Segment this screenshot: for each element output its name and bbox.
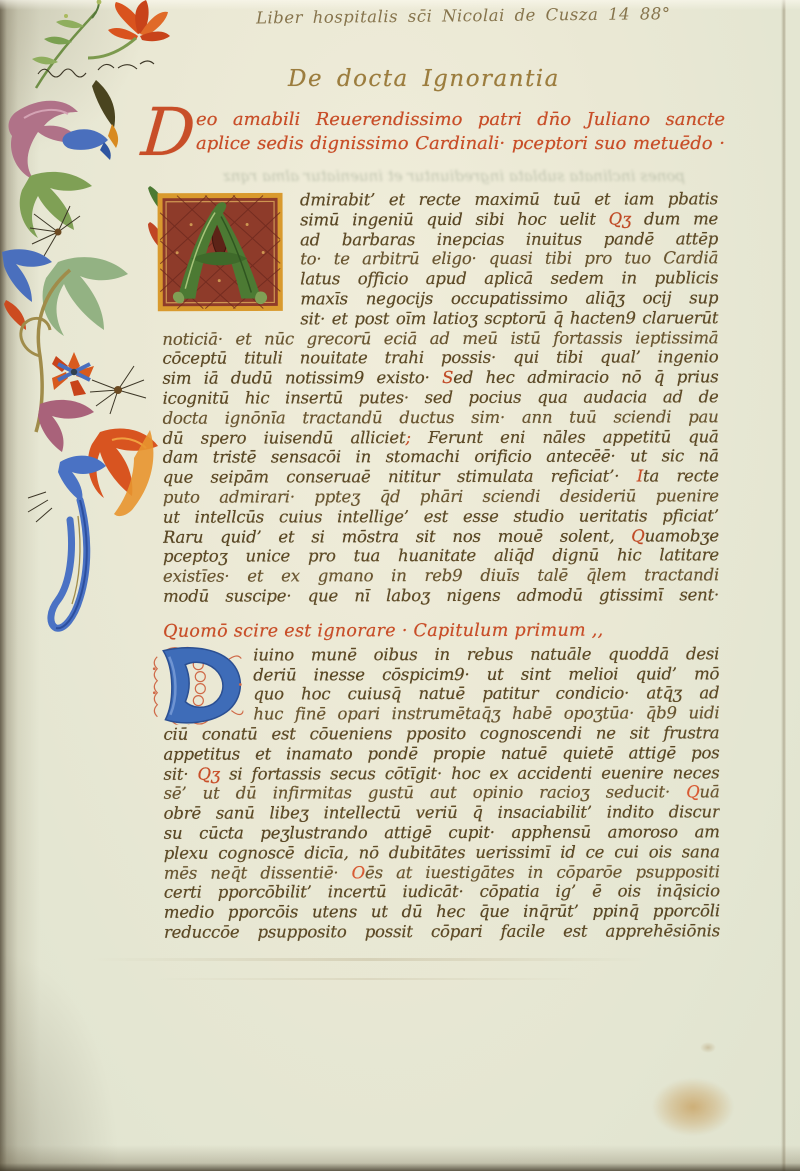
header-inscription: Liber hospitalis sc̄i Nicolai de Cusza 1… [256, 4, 726, 28]
text-segment: ēs at iuestigātes in cōparōe psuppositi [365, 862, 720, 882]
flower-orange-icon [88, 0, 170, 58]
text-segment: uā [699, 783, 719, 802]
text-segment: obrē sanū libeʒ intellectū veriū q̄ insa… [164, 802, 720, 822]
text-segment: Raru quid’ et si mōstra sit nos mouē sol… [163, 526, 631, 546]
text-line: reduccōe psupposito possit cōpari facile… [164, 921, 720, 942]
page-title: De docta Ignorantia [288, 66, 560, 92]
text-segment: ed hec admiracio nō q̄ prius [453, 367, 718, 387]
text-line: ut intellcūs cuius intellige’ est esse s… [163, 506, 719, 527]
illuminated-initial-A [156, 192, 284, 311]
illuminated-initial-D [151, 646, 243, 724]
text-segment: puto admirari· ppteʒ q̄d phāri sciendi d… [163, 486, 719, 506]
text-segment: uamobʒe [645, 526, 719, 545]
text-segment: maxīs negocijs occupatissimo aliq̄ʒ ocij… [300, 288, 718, 308]
text-segment: icognitū hic insertū putes· sed pocius q… [163, 387, 719, 407]
text-segment: dam tristē sensacōi in stomachi orificio… [163, 447, 719, 467]
parchment-fold-mark [90, 958, 650, 961]
text-line: latus officio apud aplicā sedem in publi… [300, 268, 718, 289]
text-line: docta ignōnīa tractandū ductus sim· ann … [163, 407, 719, 428]
text-segment: medio pporcōis utens ut dū hec q̄ue inq̄… [164, 901, 720, 921]
star-flower-icon [52, 352, 94, 396]
acanthus-mauve-icon [38, 400, 94, 452]
text-segment: mēs neq̄t dissentiē· [164, 863, 352, 882]
text-segment: huc finē opari instrumētaq̄ʒ habē opoʒtū… [253, 703, 719, 723]
text-line: deriū inesse cōspicim9· ut sint melioi q… [253, 664, 719, 685]
parchment-stain [700, 1042, 716, 1053]
text-segment: O [352, 863, 365, 882]
text-line: dmirabit’ et recte maximū tuū et iam pba… [300, 189, 718, 210]
text-line: to· te arbitrū eligo· quasi tibi pro tuo… [300, 249, 718, 270]
text-segment: sim iā dudū notissim9 existo· [162, 368, 442, 388]
text-segment: docta ignōnīa tractandū ductus sim· ann … [163, 407, 719, 427]
text-line: puto admirari· ppteʒ q̄d phāri sciendi d… [163, 486, 719, 507]
text-segment: S [442, 368, 453, 387]
leaf-dark-icon [92, 80, 115, 128]
dedication-initial-letter: D [139, 100, 198, 166]
text-segment: to· te arbitrū eligo· quasi tibi pro tuo… [300, 249, 718, 269]
text-line: eo amabili Reuerendissimo patri dn̄o Jul… [150, 108, 725, 132]
paragraph-2: iuino munē oibus in rebus natuāle quoddā… [163, 644, 720, 942]
text-segment: deriū inesse cōspicim9· ut sint melioi q… [253, 664, 719, 684]
text-segment: sē’ ut dū infirmitas gustū aut opinio ra… [164, 783, 687, 803]
text-segment: iuino munē oibus in rebus natuāle quoddā… [253, 644, 719, 664]
text-line: existīes· et ex gmano in reb9 diuīs talē… [163, 565, 719, 586]
text-segment: pceptoʒ unice pro tua huanitate aliq̄d d… [163, 546, 719, 566]
dedication-rubric: D eo amabili Reuerendissimo patri dn̄o J… [150, 108, 725, 156]
text-segment: Qʒ [198, 764, 221, 783]
text-line: icognitū hic insertū putes· sed pocius q… [163, 387, 719, 408]
text-line: que seipām conseruaē nititur stimulata r… [163, 466, 719, 487]
thistle-icon [90, 366, 146, 414]
show-through-ghost-text: pones inclinata sublata ingrediuntur et … [205, 167, 685, 185]
text-line: dū spero iuisendū alliciet; Ferunt eni n… [163, 427, 719, 448]
text-segment: noticiā· et nūc grecorū eciā ad meū istū… [162, 328, 718, 348]
text-line: sit· et post oīm latioʒ scptorū q̄ hacte… [300, 308, 718, 329]
text-line: appetitus et inamato pondē propie natuē … [163, 743, 719, 764]
text-segment: eo amabili Reuerendissimo patri dn̄o Jul… [196, 109, 725, 130]
text-segment: certi pporcōbilit’ incertū iudicāt· cōpa… [164, 882, 720, 902]
paragraph-1: dmirabit’ et recte maximū tuū et iam pba… [162, 189, 719, 606]
text-line: modū suscipe· que nī laboʒ nigens admodū… [163, 585, 719, 606]
text-segment: cōceptū tituli nouitate trahi possis· qu… [162, 348, 718, 368]
text-segment: modū suscipe· que nī laboʒ nigens admodū… [163, 585, 719, 605]
text-segment: dū spero iuisendū alliciet [163, 428, 406, 448]
text-line: aplice sedis dignissimo Cardinali· pcept… [150, 132, 725, 156]
text-segment: plexu cognoscē dicīa, nō dubitātes ueris… [164, 842, 720, 862]
leaf-spray-icon [32, 0, 101, 88]
text-line: maxīs negocijs occupatissimo aliq̄ʒ ocij… [300, 288, 718, 309]
manuscript-text-block: dmirabit’ et recte maximū tuū et iam pba… [162, 189, 720, 942]
acanthus-sage-icon [43, 257, 128, 336]
text-line: simū ingeniū quid sibi hoc uelit Qʒ dum … [300, 209, 718, 230]
text-segment: sit· et post oīm latioʒ scptorū q̄ hacte… [300, 308, 718, 329]
text-line: su cūcta peʒlustrando attigē cupit· apph… [164, 822, 720, 843]
page-right-edge [781, 0, 786, 1171]
parchment-fold-mark [150, 978, 590, 980]
text-line: huc finē opari instrumētaq̄ʒ habē opoʒtū… [253, 703, 719, 724]
text-segment: latus officio apud aplicā sedem in publi… [300, 268, 718, 288]
text-segment: existīes· et ex gmano in reb9 diuīs talē… [163, 565, 719, 585]
parchment-stain [652, 1078, 734, 1136]
text-line: pceptoʒ unice pro tua huanitate aliq̄d d… [163, 546, 719, 567]
text-line: dam tristē sensacōi in stomachi orificio… [163, 447, 719, 468]
text-segment: que seipām conseruaē nititur stimulata r… [163, 467, 637, 487]
text-line: medio pporcōis utens ut dū hec q̄ue inq̄… [164, 901, 720, 922]
text-segment: Q [686, 783, 699, 802]
page-corner-shade [0, 951, 120, 1171]
chapter-rubric: Quomō scire est ignorare · Capitulum pri… [163, 618, 719, 643]
text-segment: sit· [164, 764, 198, 783]
text-line: mēs neq̄t dissentiē· Oēs at iuestigātes … [164, 862, 720, 883]
text-segment: ; [405, 428, 428, 447]
text-segment: dmirabit’ et recte maximū tuū et iam pba… [300, 189, 718, 209]
text-line: cōceptū tituli nouitate trahi possis· qu… [162, 348, 718, 369]
text-segment: su cūcta peʒlustrando attigē cupit· apph… [164, 822, 720, 842]
text-line: obrē sanū libeʒ intellectū veriū q̄ insa… [164, 802, 720, 823]
text-line: certi pporcōbilit’ incertū iudicāt· cōpa… [164, 882, 720, 903]
text-line: sit· Qʒ si fortassis secus cōtīgit· hoc … [164, 763, 720, 784]
text-segment: Qʒ [609, 209, 632, 228]
text-line: noticiā· et nūc grecorū eciā ad meū istū… [162, 328, 718, 349]
text-line: quo hoc cuiusq̄ natuē patitur condicio· … [253, 684, 719, 705]
text-line: sim iā dudū notissim9 existo· Sed hec ad… [162, 367, 718, 388]
text-line: Raru quid’ et si mōstra sit nos mouē sol… [163, 526, 719, 547]
text-line: sē’ ut dū infirmitas gustū aut opinio ra… [164, 783, 720, 804]
text-segment: dum me [631, 209, 718, 228]
text-segment: appetitus et inamato pondē propie natuē … [163, 743, 719, 763]
text-line: ciū conatū est cōueniens pposito cognosc… [163, 723, 719, 744]
text-segment: quo hoc cuiusq̄ natuē patitur condicio· … [253, 684, 719, 704]
text-segment: ta recte [643, 466, 719, 485]
manuscript-page-photo: Liber hospitalis sc̄i Nicolai de Cusza 1… [0, 0, 800, 1171]
text-line: iuino munē oibus in rebus natuāle quoddā… [253, 644, 719, 665]
dedication-lines: eo amabili Reuerendissimo patri dn̄o Jul… [150, 108, 725, 156]
text-segment: reduccōe psupposito possit cōpari facile… [164, 921, 720, 941]
text-segment: simū ingeniū quid sibi hoc uelit [300, 209, 609, 229]
text-segment: si fortassis secus cōtīgit· hoc ex accid… [220, 763, 720, 783]
text-segment: Ferunt eni nāles appetitū quā [428, 427, 719, 447]
text-line: plexu cognoscē dicīa, nō dubitātes ueris… [164, 842, 720, 863]
text-segment: ad barbaras inepcias inuitus pandē attēp [300, 229, 718, 249]
page-bottom-edge-shadow [0, 1145, 800, 1171]
paragraph-2-lines: iuino munē oibus in rebus natuāle quoddā… [163, 644, 720, 942]
text-segment: ut intellcūs cuius intellige’ est esse s… [163, 506, 719, 526]
text-segment: Q [631, 526, 644, 545]
text-segment: ciū conatū est cōueniens pposito cognosc… [163, 723, 719, 743]
pen-flourish-icon [38, 61, 154, 77]
text-segment: aplice sedis dignissimo Cardinali· pcept… [196, 133, 725, 154]
text-line: ad barbaras inepcias inuitus pandē attēp [300, 229, 718, 250]
